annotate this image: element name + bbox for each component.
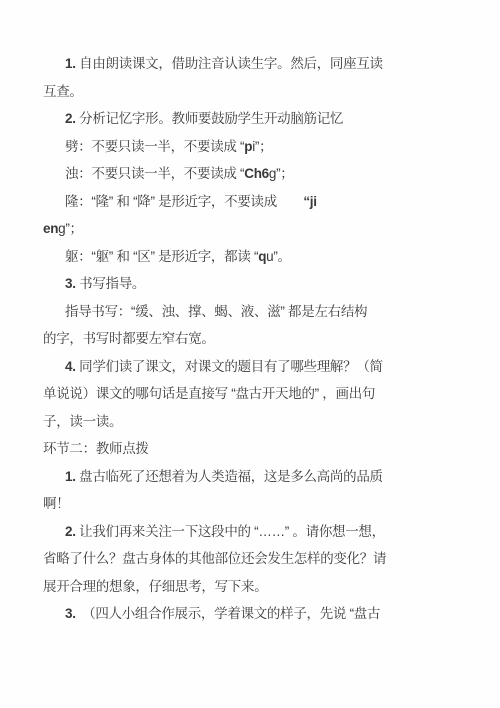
text-line: 隆：“隆” 和 “降” 是形近字，不要读成 “ji [43,188,470,216]
text-run: 书写指导。 [76,276,145,291]
text-run: g”； [269,166,294,181]
text-run: 盘古临死了还想着为人类造福，这是多么高尚的品质 [76,469,383,484]
text-line: 的字，书写时都要左窄右宽。 [43,325,470,353]
text-line: 3. （四人小组合作展示，学着课文的样子，先说 “盘古 [43,600,470,628]
text-run: 展开合理的想象，仔细思考，写下来。 [43,579,267,594]
document-page: 1. 自由朗读课文，借助注音认读生字。然后，同座互读 互查。 2. 分析记忆字形… [0,0,500,708]
text-line: 单说说）课文的哪句话是直接写 “盘古开天地的” ，画出句 [43,380,470,408]
text-run: 分析记忆字形。教师要鼓励学生开动脑筋记忆 [76,111,343,126]
text-line: 指导书写：“缓、浊、撑、蝎、液、滋” 都是左右结构 [43,298,470,326]
text-line: 躯：“躯” 和 “区” 是形近字，都读 “qu”。 [43,243,470,271]
text-run: 子，读一读。 [43,414,122,429]
pinyin-bold: “ji [303,194,316,209]
list-number: 3. [65,606,76,621]
text-run: 让我们再来关注一下这段中的 “……” 。请你想一想， [76,524,385,539]
text-run: 躯：“躯” 和 “区” 是形近字，都读 “ [65,249,258,264]
list-number: 2. [65,111,76,126]
text-line: 互查。 [43,78,470,106]
text-line: 1. 盘古临死了还想着为人类造福，这是多么高尚的品质 [43,463,470,491]
text-line: 浊：不要只读一半，不要读成 “Ch6g”； [43,160,470,188]
text-line: 啊！ [43,490,470,518]
text-run: 的字，书写时都要左窄右宽。 [43,331,215,346]
list-number: 2. [65,524,76,539]
text-line: 展开合理的想象，仔细思考，写下来。 [43,573,470,601]
text-run: 劈：不要只读一半，不要读成 “ [65,139,244,154]
text-line: 3. 书写指导。 [43,270,470,298]
text-line: 子，读一读。 [43,408,470,436]
text-run: i”； [252,139,272,154]
pinyin-bold: Ch6 [244,166,269,181]
section-heading: 环节二：教师点拨 [43,435,470,463]
list-number: 4. [65,359,76,374]
text-line: 2. 让我们再来关注一下这段中的 “……” 。请你想一想， [43,518,470,546]
text-run: 隆：“隆” 和 “降” 是形近字，不要读成 [65,194,303,209]
list-number: 1. [65,469,76,484]
text-run: u”。 [266,249,291,264]
text-run: 环节二：教师点拨 [43,441,149,456]
text-run: 省略了什么？盘古身体的其他部位还会发生怎样的变化？请 [43,551,386,566]
text-line: eng”； [43,215,470,243]
pinyin-bold: en [43,221,58,236]
list-number: 3. [65,276,76,291]
text-run: 指导书写：“缓、浊、撑、蝎、液、滋” 都是左右结构 [65,304,367,319]
text-line: 4. 同学们读了课文，对课文的题目有了哪些理解？（简 [43,353,470,381]
text-line: 省略了什么？盘古身体的其他部位还会发生怎样的变化？请 [43,545,470,573]
text-line: 1. 自由朗读课文，借助注音认读生字。然后，同座互读 [43,50,470,78]
pinyin-bold: q [258,249,266,264]
pinyin-bold: p [244,139,252,154]
text-run: g”； [58,221,83,236]
text-run: 同学们读了课文，对课文的题目有了哪些理解？（简 [76,359,383,374]
list-number: 1. [65,56,76,71]
text-run: 自由朗读课文，借助注音认读生字。然后，同座互读 [76,56,383,71]
text-line: 劈：不要只读一半，不要读成 “pi”； [43,133,470,161]
document-text-block: 1. 自由朗读课文，借助注音认读生字。然后，同座互读 互查。 2. 分析记忆字形… [0,0,500,628]
text-line: 2. 分析记忆字形。教师要鼓励学生开动脑筋记忆 [43,105,470,133]
text-run: （四人小组合作展示，学着课文的样子，先说 “盘古 [76,606,381,621]
text-run: 单说说）课文的哪句话是直接写 “盘古开天地的” ，画出句 [43,386,375,401]
text-run: 浊：不要只读一半，不要读成 “ [65,166,244,181]
text-run: 互查。 [43,84,83,99]
text-run: 啊！ [43,496,69,511]
